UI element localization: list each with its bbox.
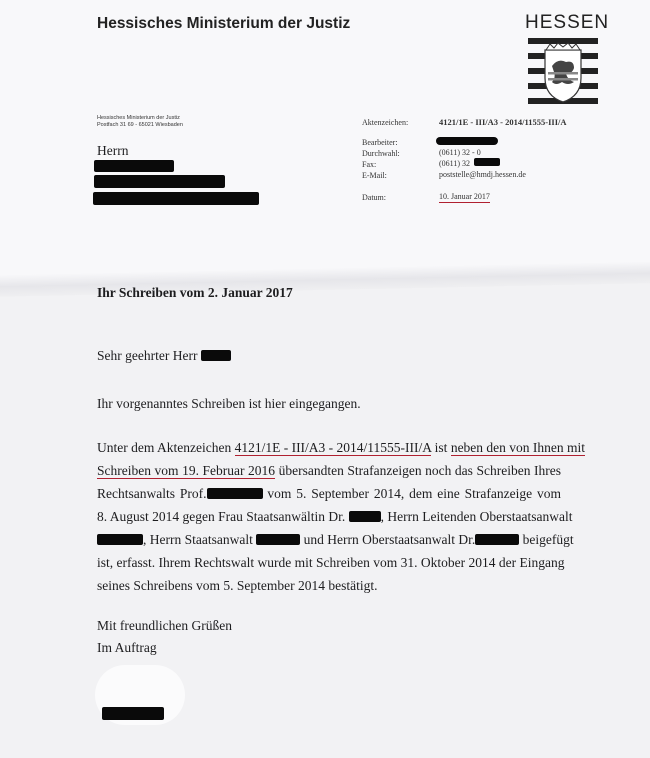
prosecutor-name-redaction-3	[256, 534, 300, 545]
case-reference-underlined: 4121/1E - III/A3 - 2014/11555-III/A	[235, 440, 432, 456]
body-line-4: 8. August 2014 gegen Frau Staatsanwältin…	[97, 509, 561, 525]
datum-label: Datum:	[362, 193, 386, 202]
durchwahl-label: Durchwahl:	[362, 149, 400, 158]
closing-greeting: Mit freundlichen Grüßen	[97, 618, 232, 634]
fax-value: (0611) 32	[439, 159, 470, 168]
paragraph-received: Ihr vorgenanntes Schreiben ist hier eing…	[97, 396, 361, 412]
email-value[interactable]: poststelle@hmdj.hessen.de	[439, 170, 526, 179]
state-label: HESSEN	[525, 12, 609, 34]
recipient-street-redaction	[94, 175, 225, 188]
body-line-5: , Herrn Staatsanwalt und Herrn Oberstaat…	[97, 532, 561, 548]
lawyer-name-redaction	[207, 488, 263, 499]
body-line-3: Rechtsanwalts Prof. vom 5. September 201…	[97, 486, 561, 502]
bearbeiter-label: Bearbeiter:	[362, 138, 398, 147]
greeting-name-redaction	[201, 350, 231, 361]
aktenzeichen-label: Aktenzeichen:	[362, 118, 408, 127]
body-line-1: Unter dem Aktenzeichen 4121/1E - III/A3 …	[97, 440, 561, 456]
body-line-6: ist, erfasst. Ihrem Rechtswalt wurde mit…	[97, 555, 561, 571]
datum-value: 10. Januar 2017	[439, 192, 490, 201]
subject-line: Ihr Schreiben vom 2. Januar 2017	[97, 285, 293, 301]
fax-redaction	[474, 158, 500, 166]
prosecutor-name-redaction-1	[349, 511, 381, 522]
email-label: E-Mail:	[362, 171, 387, 180]
recipient-city-redaction	[93, 192, 259, 205]
sender-return-address: Hessisches Ministerium der Justiz Postfa…	[97, 115, 183, 129]
closing-im-auftrag: Im Auftrag	[97, 640, 157, 656]
prosecutor-name-redaction-2	[97, 534, 143, 545]
greeting: Sehr geehrter Herr	[97, 348, 231, 364]
body-line-2: Schreiben vom 19. Februar 2016 übersandt…	[97, 463, 561, 479]
hessen-coat-of-arms-icon	[528, 38, 598, 106]
signature-redaction	[102, 707, 164, 720]
aktenzeichen-value: 4121/1E - III/A3 - 2014/11555-III/A	[439, 117, 567, 127]
prosecutor-name-redaction-4	[475, 534, 519, 545]
bearbeiter-redaction	[436, 137, 498, 145]
fax-label: Fax:	[362, 160, 376, 169]
recipient-name-redaction	[94, 160, 174, 172]
body-line-7: seines Schreibens vom 5. September 2014 …	[97, 578, 561, 594]
ministry-name: Hessisches Ministerium der Justiz	[97, 15, 350, 33]
durchwahl-value: (0611) 32 - 0	[439, 148, 481, 157]
recipient-salutation: Herrn	[97, 143, 128, 159]
